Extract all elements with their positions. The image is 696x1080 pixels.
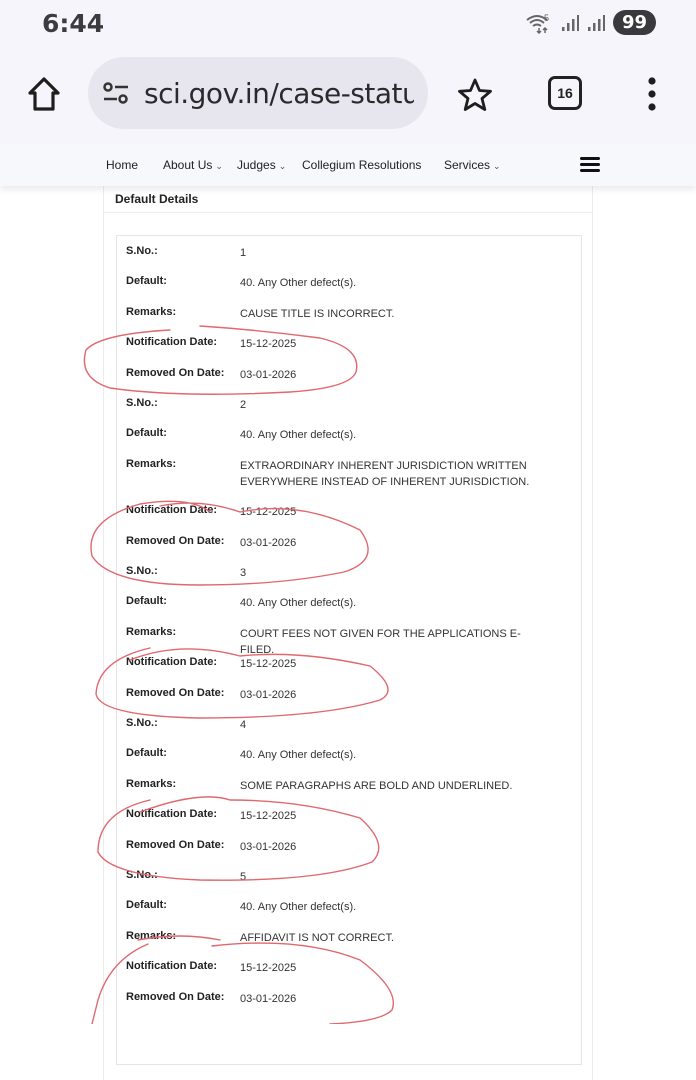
tabs-button[interactable]: 16 (548, 76, 582, 110)
wifi-icon: 5 (525, 12, 553, 34)
star-icon[interactable] (456, 76, 494, 114)
record-2-remarks-row: Remarks:EXTRAORDINARY INHERENT JURISDICT… (126, 458, 540, 490)
field-label: S.No.: (126, 717, 240, 733)
site-nav: Home About Us⌄ Judges⌄ Collegium Resolut… (0, 144, 696, 186)
field-value: 15-12-2025 (240, 808, 540, 824)
field-label: Remarks: (126, 306, 240, 322)
field-value: 03-01-2026 (240, 991, 540, 1007)
record-1-removed-on-date-row: Removed On Date:03-01-2026 (126, 367, 540, 383)
status-time: 6:44 (42, 9, 104, 38)
field-label: Remarks: (126, 458, 240, 490)
record-1-notification-date-row: Notification Date:15-12-2025 (126, 336, 540, 352)
field-label: S.No.: (126, 397, 240, 413)
record-1-remarks-row: Remarks:CAUSE TITLE IS INCORRECT. (126, 306, 540, 322)
nav-judges[interactable]: Judges⌄ (237, 158, 286, 172)
default-records-card: S.No.:1Default:40. Any Other defect(s).R… (116, 235, 582, 1024)
record-3-notification-date-row: Notification Date:15-12-2025 (126, 656, 540, 672)
default-details-panel: Default Details S.No.:1Default:40. Any O… (103, 180, 593, 1024)
signal-icon-sim2 (587, 14, 605, 32)
field-label: Default: (126, 747, 240, 763)
field-value: 3 (240, 565, 540, 581)
record-4-remarks-row: Remarks:SOME PARAGRAPHS ARE BOLD AND UND… (126, 778, 540, 794)
field-label: Remarks: (126, 626, 240, 658)
chevron-down-icon: ⌄ (493, 161, 501, 171)
url-text[interactable]: sci.gov.in/case-statu (144, 77, 414, 110)
field-label: Removed On Date: (126, 687, 240, 703)
field-value: 5 (240, 869, 540, 885)
field-label: S.No.: (126, 245, 240, 261)
field-value: EXTRAORDINARY INHERENT JURISDICTION WRIT… (240, 458, 540, 490)
signal-icon-sim1 (561, 14, 579, 32)
record-5-sno-row: S.No.:5 (126, 869, 540, 885)
field-label: S.No.: (126, 565, 240, 581)
record-3-removed-on-date-row: Removed On Date:03-01-2026 (126, 687, 540, 703)
field-value: 40. Any Other defect(s). (240, 275, 540, 291)
field-value: 2 (240, 397, 540, 413)
chevron-down-icon: ⌄ (215, 161, 223, 171)
field-value: 4 (240, 717, 540, 733)
field-value: COURT FEES NOT GIVEN FOR THE APPLICATION… (240, 626, 540, 658)
field-label: Default: (126, 899, 240, 915)
record-3-sno-row: S.No.:3 (126, 565, 540, 581)
record-2-removed-on-date-row: Removed On Date:03-01-2026 (126, 535, 540, 551)
field-value: 1 (240, 245, 540, 261)
nav-services[interactable]: Services⌄ (444, 158, 501, 172)
home-icon[interactable] (24, 74, 64, 114)
status-icons: 5 99 (525, 10, 656, 35)
address-bar[interactable]: sci.gov.in/case-statu (88, 57, 428, 129)
field-label: Notification Date: (126, 336, 240, 352)
field-value: 40. Any Other defect(s). (240, 595, 540, 611)
field-label: Removed On Date: (126, 991, 240, 1007)
svg-text:5: 5 (544, 13, 549, 23)
record-2-sno-row: S.No.:2 (126, 397, 540, 413)
record-2-default-row: Default:40. Any Other defect(s). (126, 427, 540, 443)
field-value: CAUSE TITLE IS INCORRECT. (240, 306, 540, 322)
field-value: 40. Any Other defect(s). (240, 747, 540, 763)
field-value: 03-01-2026 (240, 839, 540, 855)
record-5-default-row: Default:40. Any Other defect(s). (126, 899, 540, 915)
field-label: Remarks: (126, 778, 240, 794)
field-label: Default: (126, 427, 240, 443)
record-1-sno-row: S.No.:1 (126, 245, 540, 261)
more-vert-icon[interactable] (640, 76, 664, 112)
field-value: 15-12-2025 (240, 336, 540, 352)
field-value: 03-01-2026 (240, 535, 540, 551)
site-settings-icon[interactable] (102, 81, 130, 105)
record-1-default-row: Default:40. Any Other defect(s). (126, 275, 540, 291)
record-4-removed-on-date-row: Removed On Date:03-01-2026 (126, 839, 540, 855)
chevron-down-icon: ⌄ (279, 161, 287, 171)
field-label: S.No.: (126, 869, 240, 885)
record-4-sno-row: S.No.:4 (126, 717, 540, 733)
field-label: Removed On Date: (126, 535, 240, 551)
field-label: Default: (126, 275, 240, 291)
record-2-notification-date-row: Notification Date:15-12-2025 (126, 504, 540, 520)
field-label: Notification Date: (126, 656, 240, 672)
field-value: 15-12-2025 (240, 656, 540, 672)
field-value: 15-12-2025 (240, 960, 540, 976)
field-label: Default: (126, 595, 240, 611)
field-label: Notification Date: (126, 808, 240, 824)
field-label: Removed On Date: (126, 839, 240, 855)
record-5-removed-on-date-row: Removed On Date:03-01-2026 (126, 991, 540, 1007)
nav-about-us[interactable]: About Us⌄ (163, 158, 223, 172)
record-5-notification-date-row: Notification Date:15-12-2025 (126, 960, 540, 976)
field-value: AFFIDAVIT IS NOT CORRECT. (240, 930, 540, 946)
record-5-remarks-row: Remarks:AFFIDAVIT IS NOT CORRECT. (126, 930, 540, 946)
field-value: 40. Any Other defect(s). (240, 427, 540, 443)
field-label: Notification Date: (126, 960, 240, 976)
field-label: Remarks: (126, 930, 240, 946)
field-value: 03-01-2026 (240, 687, 540, 703)
nav-collegium-resolutions[interactable]: Collegium Resolutions (302, 158, 421, 172)
field-value: 03-01-2026 (240, 367, 540, 383)
record-3-default-row: Default:40. Any Other defect(s). (126, 595, 540, 611)
field-label: Removed On Date: (126, 367, 240, 383)
hamburger-menu-icon[interactable] (580, 157, 600, 173)
field-value: 40. Any Other defect(s). (240, 899, 540, 915)
record-3-remarks-row: Remarks:COURT FEES NOT GIVEN FOR THE APP… (126, 626, 540, 658)
field-label: Notification Date: (126, 504, 240, 520)
field-value: SOME PARAGRAPHS ARE BOLD AND UNDERLINED. (240, 778, 540, 794)
record-4-notification-date-row: Notification Date:15-12-2025 (126, 808, 540, 824)
record-4-default-row: Default:40. Any Other defect(s). (126, 747, 540, 763)
status-bar: 6:44 5 99 (0, 0, 696, 46)
battery-indicator: 99 (613, 10, 656, 35)
field-value: 15-12-2025 (240, 504, 540, 520)
nav-home[interactable]: Home (106, 158, 138, 172)
browser-toolbar: sci.gov.in/case-statu 16 (0, 46, 696, 144)
